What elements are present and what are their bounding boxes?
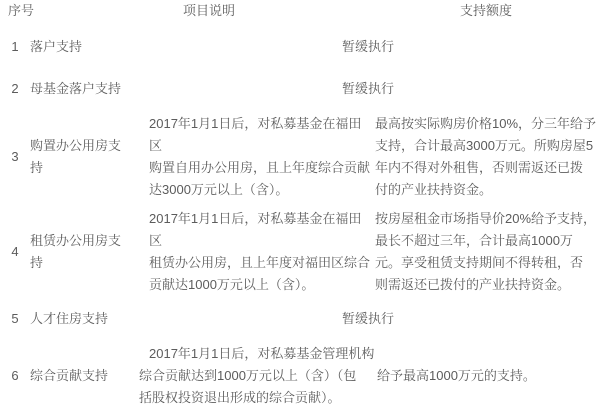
table-row: 4 租赁办公用房支 持 2017年1月1日后，对私募基金在福田区 租赁办公用房，… bbox=[0, 208, 600, 296]
project-name: 落户支持 bbox=[30, 36, 130, 58]
header-description: 项目说明 bbox=[183, 0, 235, 22]
table-row: 2 母基金落户支持 暂缓执行 bbox=[0, 78, 600, 100]
table-row: 3 购置办公用房支 持 2017年1月1日后，对私募基金在福田区 购置自用办公用… bbox=[0, 113, 600, 201]
project-description: 2017年1月1日后，对私募基金在福田区 租赁办公用房，且上年度对福田区综合 贡… bbox=[149, 208, 373, 296]
support-amount: 按房屋租金市场指导价20%给予支持， 最长不超过三年，合计最高1000万 元。享… bbox=[375, 208, 600, 296]
support-amount: 暂缓执行 bbox=[149, 308, 600, 330]
project-name: 综合贡献支持 bbox=[30, 365, 130, 387]
support-amount: 最高按实际购房价格10%，分三年给予 支持，合计最高3000万元。所购房屋5 年… bbox=[375, 113, 600, 201]
project-name: 租赁办公用房支 持 bbox=[30, 230, 130, 274]
project-name: 人才住房支持 bbox=[30, 308, 130, 330]
support-amount: 暂缓执行 bbox=[149, 78, 600, 100]
project-name: 购置办公用房支 持 bbox=[30, 135, 130, 179]
support-amount: 暂缓执行 bbox=[149, 36, 600, 58]
table-row: 1 落户支持 暂缓执行 bbox=[0, 36, 600, 58]
row-number: 3 bbox=[0, 146, 30, 168]
row-number: 6 bbox=[0, 365, 30, 387]
project-description: 2017年1月1日后，对私募基金在福田区 购置自用办公用房，且上年度综合贡献 达… bbox=[149, 113, 373, 201]
row-number: 5 bbox=[0, 308, 30, 330]
table-row: 5 人才住房支持 暂缓执行 bbox=[0, 308, 600, 330]
header-amount: 支持额度 bbox=[460, 0, 512, 22]
project-name: 母基金落户支持 bbox=[30, 78, 130, 100]
row-number: 1 bbox=[0, 36, 30, 58]
support-policy-table: 序号 项目说明 支持额度 1 落户支持 暂缓执行 2 母基金落户支持 暂缓执行 … bbox=[0, 0, 600, 406]
table-row: 6 综合贡献支持 2017年1月1日后，对私募基金管理机构 综合贡献达到1000… bbox=[0, 343, 600, 406]
project-description: 2017年1月1日后，对私募基金管理机构 综合贡献达到1000万元以上（含）（包… bbox=[139, 343, 375, 406]
header-no: 序号 bbox=[8, 0, 34, 22]
table-header-row: 序号 项目说明 支持额度 bbox=[0, 0, 600, 22]
row-number: 2 bbox=[0, 78, 30, 100]
support-amount: 给予最高1000万元的支持。 bbox=[377, 365, 600, 387]
row-number: 4 bbox=[0, 241, 30, 263]
